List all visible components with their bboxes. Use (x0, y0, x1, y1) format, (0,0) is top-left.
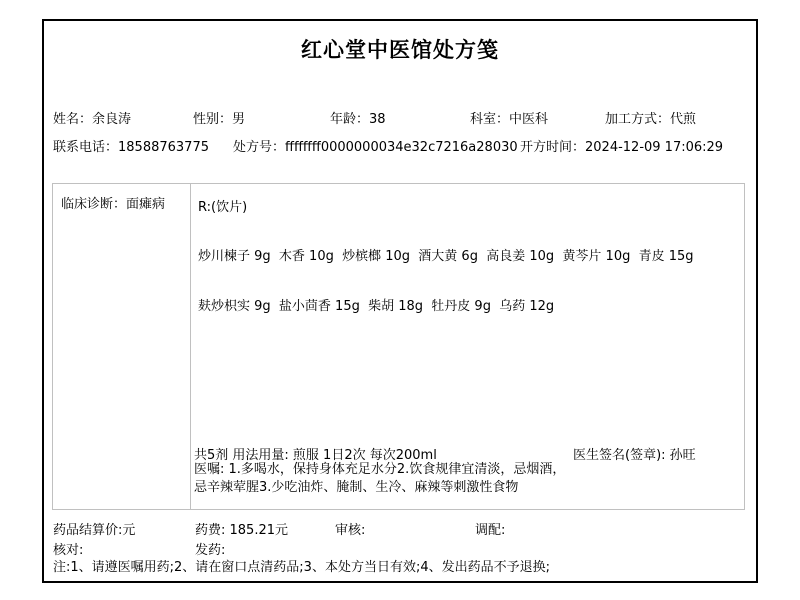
contact-phone: 联系电话：18588763775 (53, 136, 209, 155)
rx-header: R:(饮片) (198, 196, 247, 215)
review-field: 审核: (335, 519, 365, 538)
doctor-signature: 医生签名(签章): 孙旺 (573, 444, 696, 463)
patient-gender: 性别：男 (193, 108, 245, 127)
rx-number: 处方号：ffffffff0000000034e32c7216a28030 (233, 136, 518, 155)
settlement-price: 药品结算价:元 (53, 519, 135, 538)
dispense-field: 调配: (475, 519, 505, 538)
prescription-page: { "title": "红心堂中医馆处方笺", "patient": { "na… (0, 0, 800, 600)
patient-department: 科室：中医科 (470, 108, 548, 127)
medical-advice: 医嘱: 1.多喝水，保持身体充足水分2.饮食规律宜清淡，忌烟酒，忌辛辣荤腥3.少… (194, 461, 576, 497)
herb-line-2: 麸炒枳实 9g 盐小茴香 15g 柴胡 18g 牡丹皮 9g 乌药 12g (198, 295, 554, 314)
page-title: 红心堂中医馆处方笺 (42, 34, 758, 64)
rx-time: 开方时间：2024-12-09 17:06:29 (520, 136, 723, 155)
medicine-fee: 药费: 185.21元 (195, 519, 288, 538)
processing-method: 加工方式：代煎 (605, 108, 696, 127)
herb-line-1: 炒川楝子 9g 木香 10g 炒槟榔 10g 酒大黄 6g 高良姜 10g 黄芩… (198, 245, 694, 264)
patient-age: 年龄：38 (330, 108, 386, 127)
patient-name: 姓名：余良涛 (53, 108, 131, 127)
footer-note: 注:1、请遵医嘱用药;2、请在窗口点清药品;3、本处方当日有效;4、发出药品不予… (53, 556, 550, 575)
clinical-diagnosis: 临床诊断：面瘫病 (53, 184, 191, 509)
